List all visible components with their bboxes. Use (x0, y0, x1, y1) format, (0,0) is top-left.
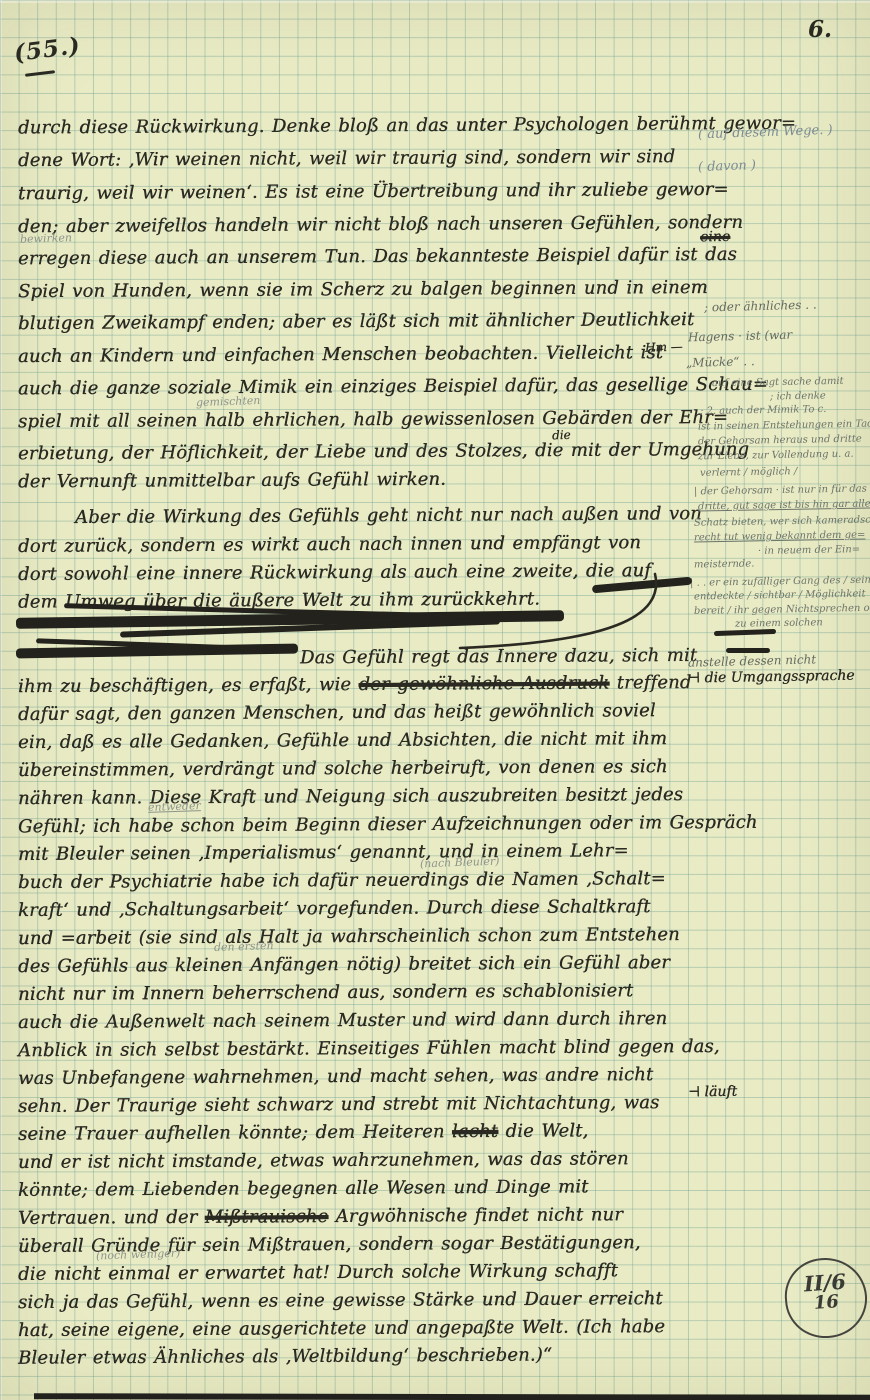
scan-edge-left (0, 0, 2, 1400)
margin-note: Hagens · ist (war (688, 329, 792, 344)
margin-note: ; oder ähnliches . . (704, 299, 817, 314)
manuscript-line: mit Bleuler seinen ‚Imperialismus‘ genan… (18, 840, 629, 865)
handwritten-text: erregen diese auch an unserem Tun. Das b… (18, 244, 737, 269)
margin-note: · in neuem der Ein= (758, 545, 860, 557)
margin-note: „Mücke“ . . (686, 355, 755, 369)
manuscript-line: auch die Außenwelt nach seinem Muster un… (18, 1008, 667, 1033)
manuscript-line: und er ist nicht imstande, etwas wahrzun… (18, 1148, 629, 1173)
manuscript-line: Anblick in sich selbst bestärkt. Einseit… (18, 1036, 720, 1061)
manuscript-line: traurig, weil wir weinen‘. Es ist eine Ü… (18, 179, 729, 204)
manuscript-line: seine Trauer aufhellen könnte; dem Heite… (18, 1120, 589, 1144)
archive-stamp-number: 16 (787, 1290, 866, 1316)
manuscript-line: hat, seine eigene, eine ausgerichtete un… (18, 1316, 665, 1341)
manuscript-line: auch die ganze soziale Mimik ein einzige… (18, 374, 768, 400)
manuscript-line: auch an Kindern und einfachen Menschen b… (18, 342, 663, 367)
ink-insertion: die (552, 428, 571, 443)
handwritten-text: buch der Psychiatrie habe ich dafür neue… (18, 868, 666, 893)
manuscript-line: die nicht einmal er erwartet hat! Durch … (18, 1260, 618, 1285)
handwritten-text: dort zurück, sondern es wirkt auch nach … (18, 532, 641, 557)
manuscript-line: ihm zu beschäftigen, es erfaßt, wie der … (18, 672, 692, 697)
handwritten-text: Bleuler etwas Ähnliches als ‚Weltbildung… (18, 1344, 552, 1368)
handwritten-text: ein, daß es alle Gedanken, Gefühle und A… (18, 728, 667, 753)
handwritten-text: sich ja das Gefühl, wenn es eine gewisse… (18, 1288, 663, 1313)
pencil-insertion: den ersten (214, 939, 274, 954)
handwritten-text: und =arbeit (sie sind als Halt ja wahrsc… (18, 924, 680, 949)
handwritten-text: Argwöhnische findet nicht nur (328, 1204, 623, 1227)
margin-note: Schatz bieten, wer sich kameradschaft (694, 515, 870, 528)
handwritten-text: auch die ganze soziale Mimik ein einzige… (18, 374, 768, 400)
scan-edge-bottom (34, 1393, 870, 1400)
handwritten-text: übereinstimmen, verdrängt und solche her… (18, 756, 668, 781)
manuscript-page: (55.) 6. durch diese Rückwirkung. Denke … (0, 0, 870, 1400)
ink-insertion: Hm — (645, 339, 683, 354)
handwritten-text: Spiel von Hunden, wenn sie im Scherz zu … (18, 277, 708, 302)
scan-edge-top (0, 0, 870, 3)
manuscript-line: dene Wort: ‚Wir weinen nicht, weil wir t… (18, 146, 675, 171)
pencil-insertion: (nach Bleuler) (420, 855, 500, 871)
handwritten-text: treffend (609, 672, 691, 694)
handwritten-text: traurig, weil wir weinen‘. Es ist eine Ü… (18, 179, 729, 204)
manuscript-line: buch der Psychiatrie habe ich dafür neue… (18, 868, 666, 893)
handwritten-text: dafür sagt, den ganzen Menschen, und das… (18, 700, 656, 725)
pencil-insertion: (noch weniger) (96, 1247, 181, 1263)
margin-note: auf eine Sagt sache damit (712, 377, 844, 389)
margin-note: zu einem solchen (735, 618, 823, 630)
handwritten-text: auch die Außenwelt nach seinem Muster un… (18, 1008, 667, 1033)
handwritten-text: Gefühl; ich habe schon beim Beginn diese… (18, 812, 758, 838)
deletion-curve-bracket (440, 562, 680, 662)
margin-note: dritte, gut sage ist bis hin gar alle (698, 499, 870, 512)
handwritten-text: blutigen Zweikampf enden; aber es läßt s… (18, 309, 694, 334)
manuscript-line: kraft‘ und ‚Schaltungsarbeit‘ vorgefunde… (18, 896, 651, 921)
margin-note: ⊣ die Umgangssprache (688, 669, 855, 686)
manuscript-line: übereinstimmen, verdrängt und solche her… (18, 756, 668, 781)
margin-note: entdeckte / sichtbar / Möglichkeit (694, 590, 866, 603)
manuscript-line: Bleuler etwas Ähnliches als ‚Weltbildung… (18, 1344, 552, 1368)
margin-note: ; 2. auch der Mimik To c. (700, 405, 827, 417)
handwritten-text: mit Bleuler seinen ‚Imperialismus‘ genan… (18, 840, 629, 865)
handwritten-text: spiel mit all seinen halb ehrlichen, hal… (18, 407, 728, 432)
handwritten-text: seine Trauer aufhellen könnte; dem Heite… (18, 1121, 452, 1145)
margin-note: | . . er ein zufälliger Gang des / sein … (690, 575, 870, 589)
handwritten-text: erbietung, der Höflichkeit, der Liebe un… (18, 439, 749, 464)
margin-note: bereit / ihr gegen Nichtsprechen oder . … (694, 603, 870, 617)
handwritten-text: durch diese Rückwirkung. Denke bloß an d… (18, 113, 796, 139)
margin-note: verlernt / möglich / (700, 467, 797, 479)
margin-note: eine (700, 230, 730, 245)
manuscript-line: ein, daß es alle Gedanken, Gefühle und A… (18, 728, 667, 753)
margin-note: ( auf diesem Wege. ) (698, 124, 833, 142)
margin-note: recht tut wenig bekannt dem ge= (694, 531, 866, 544)
margin-note: der Gehorsam heraus und dritte (698, 435, 862, 448)
margin-note: | der Gehorsam · ist nur in für das (694, 484, 867, 497)
manuscript-line: und =arbeit (sie sind als Halt ja wahrsc… (18, 924, 680, 949)
handwritten-text: nähren kann. Diese Kraft und Neigung sic… (18, 784, 683, 809)
manuscript-line: nähren kann. Diese Kraft und Neigung sic… (18, 784, 683, 809)
margin-note: meisternde. (694, 559, 755, 570)
manuscript-line: durch diese Rückwirkung. Denke bloß an d… (18, 113, 796, 139)
manuscript-line: dort zurück, sondern es wirkt auch nach … (18, 532, 641, 557)
struck-text: lacht (452, 1121, 498, 1142)
struck-text: Mißtrauische (205, 1206, 329, 1228)
handwritten-text: der Vernunft unmittelbar aufs Gefühl wir… (18, 469, 446, 493)
margin-note: ; ich denke (770, 392, 826, 403)
strike-mark (714, 629, 776, 636)
margin-note: anstelle dessen nicht (688, 653, 816, 668)
manuscript-line: Aber die Wirkung des Gefühls geht nicht … (75, 503, 702, 528)
pencil-insertion: entweder (148, 799, 201, 814)
manuscript-line: nicht nur im Innern beherrschend aus, so… (18, 980, 633, 1005)
pencil-insertion: gemischten (196, 394, 261, 409)
handwritten-text: Vertrauen. und der (18, 1207, 205, 1229)
handwritten-text: ihm zu beschäftigen, es erfaßt, wie (18, 674, 359, 697)
pencil-insertion: bewirken (20, 231, 72, 246)
folio-number: (55.) (13, 32, 83, 67)
margin-note: zur Liebe, zur Vollendung u. a. (698, 450, 854, 463)
handwritten-text: Aber die Wirkung des Gefühls geht nicht … (75, 503, 702, 528)
manuscript-line: spiel mit all seinen halb ehrlichen, hal… (18, 407, 728, 432)
handwritten-text: die nicht einmal er erwartet hat! Durch … (18, 1260, 618, 1285)
manuscript-line: dafür sagt, den ganzen Menschen, und das… (18, 700, 656, 725)
handwritten-text: und er ist nicht imstande, etwas wahrzun… (18, 1148, 629, 1173)
margin-note: ( davon ) (698, 159, 756, 174)
manuscript-line: der Vernunft unmittelbar aufs Gefühl wir… (18, 469, 446, 493)
archive-stamp: II/6 16 (782, 1255, 869, 1341)
margin-note: ist in seinen Entstehungen ein Tadel (698, 419, 870, 432)
handwritten-text: hat, seine eigene, eine ausgerichtete un… (18, 1316, 665, 1341)
handwritten-text: nicht nur im Innern beherrschend aus, so… (18, 980, 633, 1005)
manuscript-line: Gefühl; ich habe schon beim Beginn diese… (18, 812, 758, 838)
handwritten-text: sehn. Der Traurige sieht schwarz und str… (18, 1092, 660, 1117)
manuscript-line: erbietung, der Höflichkeit, der Liebe un… (18, 439, 749, 464)
handwritten-text: Anblick in sich selbst bestärkt. Einseit… (18, 1036, 720, 1061)
manuscript-line: Spiel von Hunden, wenn sie im Scherz zu … (18, 277, 708, 302)
handwritten-text: des Gefühls aus kleinen Anfängen nötig) … (18, 952, 670, 977)
manuscript-line: was Unbefangene wahrnehmen, und macht se… (18, 1064, 653, 1089)
handwritten-text: kraft‘ und ‚Schaltungsarbeit‘ vorgefunde… (18, 896, 651, 921)
manuscript-line: könnte; dem Liebenden begegnen alle Wese… (18, 1176, 589, 1200)
strike-mark (726, 648, 770, 653)
manuscript-line: Vertrauen. und der Mißtrauische Argwöhni… (18, 1204, 623, 1229)
handwritten-text: die Welt, (498, 1120, 588, 1142)
manuscript-line: sich ja das Gefühl, wenn es eine gewisse… (18, 1288, 663, 1313)
struck-text: der gewöhnliche Ausdruck (358, 672, 609, 695)
handwritten-text: was Unbefangene wahrnehmen, und macht se… (18, 1064, 653, 1089)
manuscript-line: den; aber zweifellos handeln wir nicht b… (18, 212, 743, 237)
manuscript-line: sehn. Der Traurige sieht schwarz und str… (18, 1092, 660, 1117)
handwritten-text: dene Wort: ‚Wir weinen nicht, weil wir t… (18, 146, 675, 171)
manuscript-line: erregen diese auch an unserem Tun. Das b… (18, 244, 737, 269)
handwritten-text: den; aber zweifellos handeln wir nicht b… (18, 212, 743, 237)
handwritten-text: auch an Kindern und einfachen Menschen b… (18, 342, 663, 367)
manuscript-line: des Gefühls aus kleinen Anfängen nötig) … (18, 952, 670, 977)
handwritten-text: könnte; dem Liebenden begegnen alle Wese… (18, 1176, 589, 1200)
folio-underline (25, 70, 55, 76)
margin-note: ⊣ läuft (688, 1085, 737, 1100)
manuscript-line: blutigen Zweikampf enden; aber es läßt s… (18, 309, 694, 334)
page-number: 6. (808, 16, 832, 43)
